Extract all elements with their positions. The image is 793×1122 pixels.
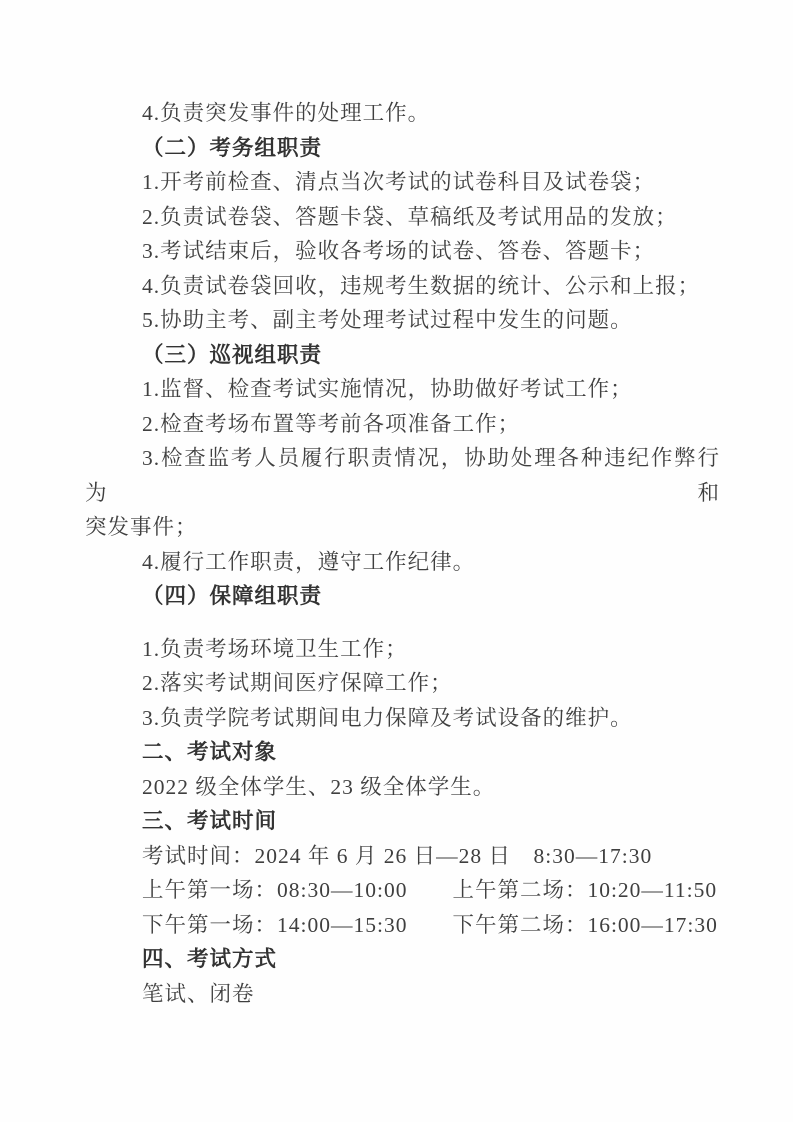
section-heading-xunshi: （三）巡视组职责 <box>85 338 720 373</box>
document-line: 1.监督、检查考试实施情况，协助做好考试工作； <box>85 372 720 407</box>
document-line: 2.落实考试期间医疗保障工作； <box>85 666 720 701</box>
document-line: 4.负责突发事件的处理工作。 <box>85 96 720 131</box>
document-line: 4.负责试卷袋回收，违规考生数据的统计、公示和上报； <box>85 269 720 304</box>
document-line: 2022 级全体学生、23 级全体学生。 <box>85 770 720 805</box>
document-line: 1.负责考场环境卫生工作； <box>85 632 720 667</box>
document-line: 3.负责学院考试期间电力保障及考试设备的维护。 <box>85 701 720 736</box>
document-line: 5.协助主考、副主考处理考试过程中发生的问题。 <box>85 303 720 338</box>
document-line: 1.开考前检查、清点当次考试的试卷科目及试卷袋； <box>85 165 720 200</box>
document-body: 4.负责突发事件的处理工作。 （二）考务组职责 1.开考前检查、清点当次考试的试… <box>85 96 720 1011</box>
section-heading-baozhang: （四）保障组职责 <box>85 579 720 614</box>
exam-session-line-am: 上午第一场：08:30—10:00 上午第二场：10:20—11:50 <box>85 873 720 908</box>
section-heading-kaowu: （二）考务组职责 <box>85 131 720 166</box>
section-heading-shijian: 三、考试时间 <box>85 804 720 839</box>
document-page: 4.负责突发事件的处理工作。 （二）考务组职责 1.开考前检查、清点当次考试的试… <box>0 0 793 1122</box>
document-line: 3.检查监考人员履行职责情况，协助处理各种违纪作弊行为和 <box>85 441 720 510</box>
document-line: 突发事件； <box>85 510 720 545</box>
exam-time-line: 考试时间：2024 年 6 月 26 日—28 日 8:30—17:30 <box>85 839 720 874</box>
document-line: 2.检查考场布置等考前各项准备工作； <box>85 407 720 442</box>
exam-session-line-pm: 下午第一场：14:00—15:30 下午第二场：16:00—17:30 <box>85 908 720 943</box>
document-line: 2.负责试卷袋、答题卡袋、草稿纸及考试用品的发放； <box>85 200 720 235</box>
document-line: 4.履行工作职责，遵守工作纪律。 <box>85 545 720 580</box>
document-line: 笔试、闭卷 <box>85 977 720 1012</box>
section-heading-duixiang: 二、考试对象 <box>85 735 720 770</box>
section-heading-fangshi: 四、考试方式 <box>85 942 720 977</box>
document-line: 3.考试结束后，验收各考场的试卷、答卷、答题卡； <box>85 234 720 269</box>
